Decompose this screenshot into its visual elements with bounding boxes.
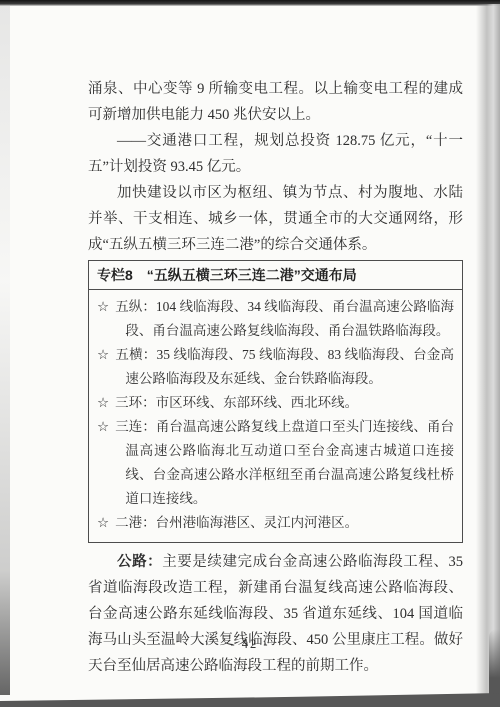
list-item-text: 三环：市区环线、东部环线、西北环线。 <box>115 395 358 410</box>
paragraph-transformer-projects: 涌泉、中心变等 9 所输变电工程。以上输变电工程的建成可新增加供电能力 450 … <box>88 76 463 128</box>
callout-box-title: 专栏8 “五纵五横三环三连二港”交通布局 <box>89 261 462 290</box>
list-item-text: 二港：台州港临海港区、灵江内河港区。 <box>115 515 358 530</box>
list-item: ☆五横：35 线临海段、75 线临海段、83 线临海段、台金高速公路临海段及东延… <box>97 343 454 391</box>
paragraph-transport-network: 加快建设以市区为枢纽、镇为节点、村为腹地、水陆并举、干支相连、城乡一体，贯通全市… <box>88 180 463 258</box>
list-item: ☆五纵：104 线临海段、34 线临海段、甬台温高速公路临海段、甬台温高速公路复… <box>97 295 454 343</box>
callout-box-body: ☆五纵：104 线临海段、34 线临海段、甬台温高速公路临海段、甬台温高速公路复… <box>89 290 462 542</box>
star-bullet-icon: ☆ <box>97 347 109 362</box>
list-item: ☆三连：甬台温高速公路复线上盘道口至头门连接线、甬台温高速公路临海北互动道口至台… <box>97 415 454 511</box>
paragraph-highway-plan: 公路：主要是续建完成台金高速公路临海段工程、35 省道临海段改造工程，新建甬台温… <box>88 549 463 679</box>
star-bullet-icon: ☆ <box>97 419 109 434</box>
star-bullet-icon: ☆ <box>97 515 109 530</box>
list-item: ☆三环：市区环线、东部环线、西北环线。 <box>97 391 454 415</box>
scanned-page: 涌泉、中心变等 9 所输变电工程。以上输变电工程的建成可新增加供电能力 450 … <box>0 0 500 707</box>
scan-right-edge <box>476 4 500 695</box>
paragraph-lead-term: 公路： <box>117 554 162 570</box>
star-bullet-icon: ☆ <box>97 395 109 410</box>
scan-left-edge <box>0 6 10 695</box>
list-item-text: 五横：35 线临海段、75 线临海段、83 线临海段、台金高速公路临海段及东延线… <box>115 347 454 386</box>
paragraph-body-text: 主要是续建完成台金高速公路临海段工程、35 省道临海段改造工程，新建甬台温复线高… <box>88 554 463 674</box>
list-item-text: 五纵：104 线临海段、34 线临海段、甬台温高速公路临海段、甬台温高速公路复线… <box>115 299 454 338</box>
list-item: ☆二港：台州港临海港区、灵江内河港区。 <box>97 511 454 535</box>
callout-box: 专栏8 “五纵五横三环三连二港”交通布局 ☆五纵：104 线临海段、34 线临海… <box>88 260 463 543</box>
paragraph-transport-investment: ——交通港口工程，规划总投资 128.75 亿元，“十一五”计划投资 93.45… <box>88 128 463 180</box>
page-number: - 42 - <box>0 637 500 652</box>
scan-bottom-edge <box>0 690 500 707</box>
list-item-text: 三连：甬台温高速公路复线上盘道口至头门连接线、甬台温高速公路临海北互动道口至台金… <box>115 419 454 506</box>
page-text: 涌泉、中心变等 9 所输变电工程。以上输变电工程的建成可新增加供电能力 450 … <box>88 76 463 679</box>
star-bullet-icon: ☆ <box>97 299 109 314</box>
scan-right-corner-shadow <box>489 629 500 699</box>
scan-top-edge <box>0 0 500 6</box>
